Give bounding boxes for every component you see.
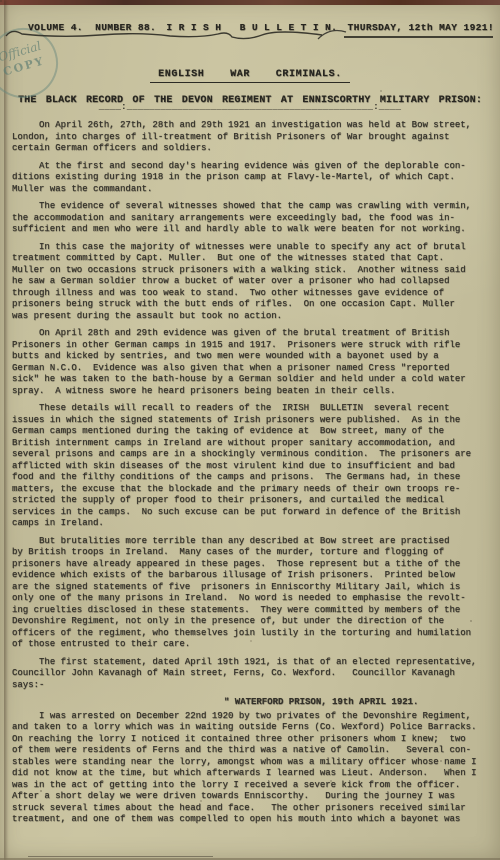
paragraph-7: But brutalities more terrible than any d…: [12, 536, 497, 651]
page-bottom-line: [28, 856, 213, 857]
paragraph-1: On April 26th, 27th, 28th and 29th 1921 …: [12, 120, 497, 155]
paragraph-2: At the first and second day's hearing ev…: [12, 161, 497, 196]
article-category-heading: ENGLISH WAR CRIMINALS.: [150, 69, 350, 83]
masthead-title: I R I S H B U L L E T I N.: [166, 22, 337, 33]
article-body: On April 26th, 27th, 28th and 29th 1921 …: [0, 111, 500, 826]
masthead-volume-number: VOLUME 4. NUMBER 88.: [28, 22, 156, 33]
paragraph-5: On April 28th and 29th evidence was give…: [12, 328, 497, 397]
masthead: VOLUME 4. NUMBER 88. I R I S H B U L L E…: [0, 0, 500, 33]
paragraph-8: The first statement, dated April 19th 19…: [12, 657, 497, 692]
paragraph-9: I was arrested on December 22nd 1920 by …: [12, 711, 497, 826]
paragraph-4: In this case the majority of witnesses w…: [12, 242, 497, 323]
paragraph-6: These details will recall to readers of …: [12, 403, 497, 530]
masthead-date: THURSDAY, 12th MAY 1921!: [348, 22, 494, 33]
paragraph-3: The evidence of several witnesses showed…: [12, 201, 497, 236]
document-page: Official COPY VOLUME 4. NUMBER 88. I R I…: [0, 0, 500, 860]
page-edge-left: [0, 0, 4, 860]
statement-heading: " WATERFORD PRISON, 19th APRIL 1921.: [12, 697, 497, 709]
